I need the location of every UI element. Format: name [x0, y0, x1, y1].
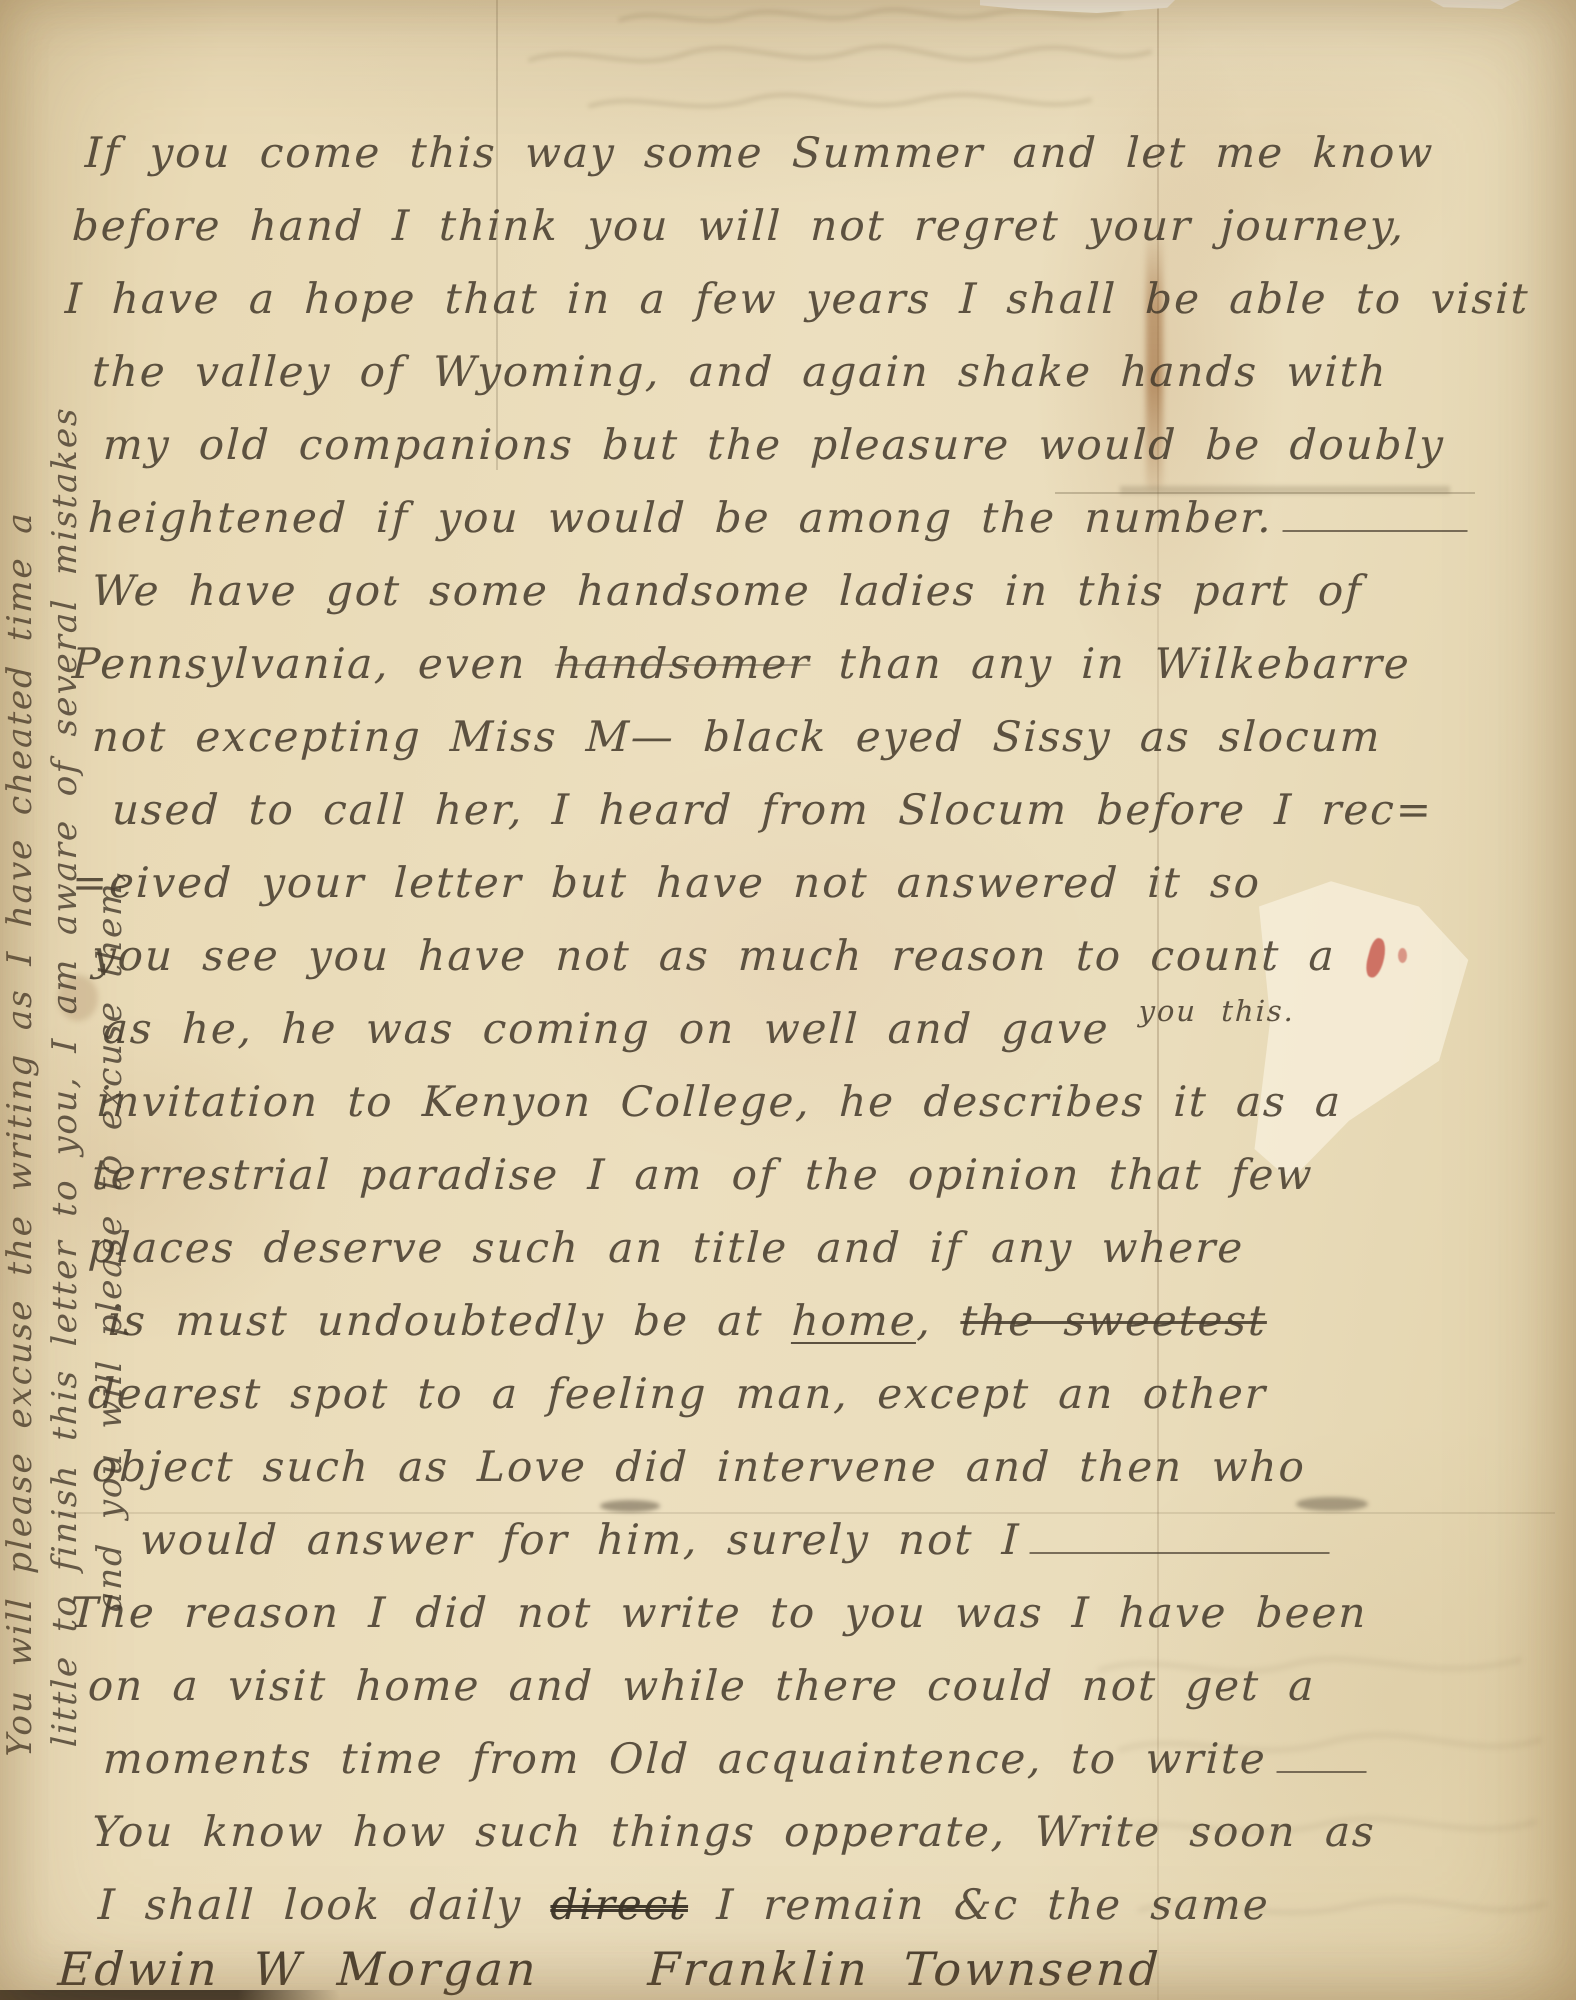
- letter-body: If you come this way some Summer and let…: [0, 0, 1576, 2000]
- letter-line: invitation to Kenyon College, he describ…: [96, 1077, 1343, 1126]
- margin-note-line: and you will please to excuse them,: [88, 81, 133, 1993]
- letter-line: I shall look daily direct I remain &c th…: [97, 1880, 1270, 1929]
- letter-line: you see you have not as much reason to c…: [91, 931, 1336, 980]
- margin-note-line: little to finish this letter to you, I a…: [43, 81, 88, 1993]
- letter-line: on a visit home and while there could no…: [87, 1661, 1316, 1710]
- letter-line: is must undoubtedly be at home, the swee…: [107, 1296, 1268, 1345]
- letter-line: places deserve such an title and if any …: [87, 1223, 1245, 1272]
- margin-note: You will please excuse the writing as I …: [0, 82, 133, 1992]
- letter-line: =eived your letter but have not answered…: [71, 858, 1262, 907]
- letter-line: moments time from Old acquaintence, to w…: [102, 1734, 1367, 1783]
- letter-line: object such as Love did intervene and th…: [91, 1442, 1307, 1491]
- letter-line: the valley of Wyoming, and again shake h…: [91, 347, 1388, 396]
- letter-line: The reason I did not write to you was I …: [69, 1588, 1368, 1637]
- letter-line: as he, he was coming on well and gave yo…: [102, 1004, 1295, 1053]
- letter-line: I have a hope that in a few years I shal…: [64, 274, 1530, 323]
- letter-line: dearest spot to a feeling man, except an…: [87, 1369, 1268, 1418]
- letter-page: If you come this way some Summer and let…: [0, 0, 1576, 2000]
- letter-line: Pennsylvania, even handsomer than any in…: [71, 639, 1411, 688]
- letter-line: used to call her, I heard from Slocum be…: [111, 785, 1434, 834]
- letter-line: not excepting Miss M— black eyed Sissy a…: [91, 712, 1382, 761]
- author-signature: Franklin Townsend: [647, 1942, 1163, 1996]
- margin-note-line: You will please excuse the writing as I …: [0, 81, 43, 1993]
- letter-line: If you come this way some Summer and let…: [84, 128, 1435, 177]
- letter-line: my old companions but the pleasure would…: [102, 420, 1446, 469]
- letter-line: heightened if you would be among the num…: [87, 493, 1469, 542]
- letter-line: You know how such things opperate, Write…: [91, 1807, 1376, 1856]
- letter-line: terrestrial paradise I am of the opinion…: [91, 1150, 1314, 1199]
- letter-line: before hand I think you will not regret …: [71, 201, 1406, 250]
- letter-line: would answer for him, surely not I: [139, 1515, 1331, 1564]
- letter-line: We have got some handsome ladies in this…: [91, 566, 1364, 615]
